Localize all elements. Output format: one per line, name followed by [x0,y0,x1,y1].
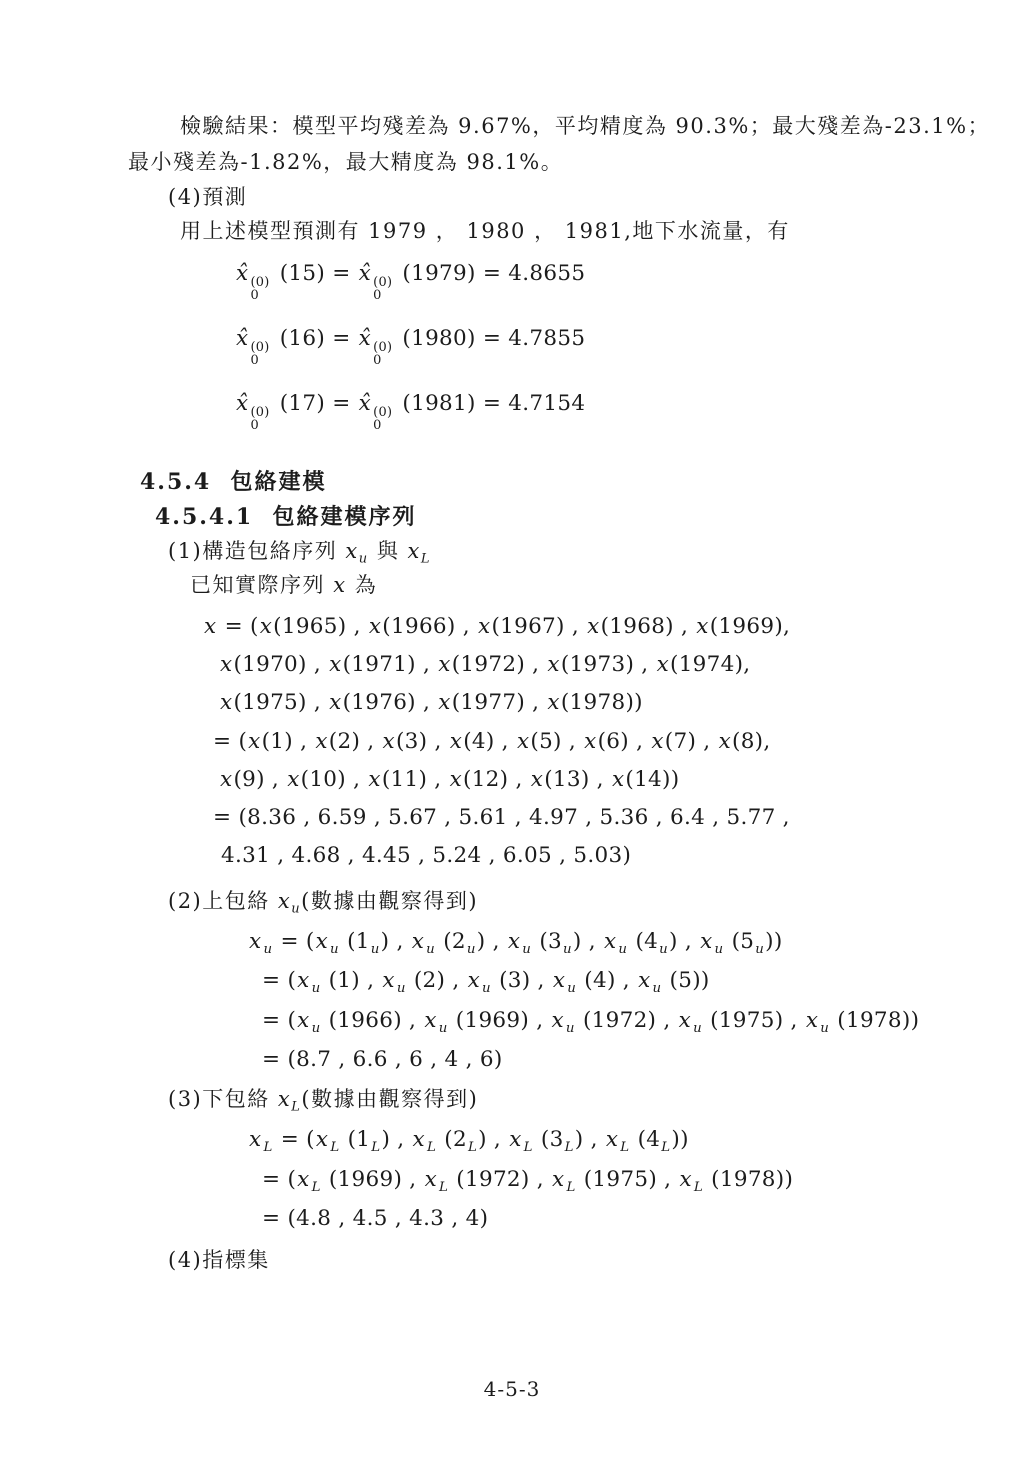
upper-envelope-equation-line: = (xu (1) , xu (2) , xu (3) , xu (4) , x… [262,968,710,995]
upper-envelope-equation-line: = (xu (1966) , xu (1969) , xu (1972) , x… [262,1008,919,1035]
series-equation-line: = (8.36 , 6.59 , 5.67 , 5.61 , 4.97 , 5.… [213,805,790,832]
result-summary-line-1: 檢驗結果：模型平均殘差為 9.67%，平均精度為 90.3%；最大殘差為-23.… [180,113,990,139]
series-equation-line: x(1975) , x(1976) , x(1977) , x(1978)) [219,690,643,717]
item4-heading: (4)指標集 [168,1247,270,1273]
lower-envelope-equation-line: xL = (xL (1L) , xL (2L) , xL (3L) , xL (… [248,1127,689,1154]
subsection-heading: 4.5.4.1 包絡建模序列 [155,504,417,532]
upper-envelope-equation-line: = (8.7 , 6.6 , 6 , 4 , 6) [262,1047,503,1074]
series-equation-line: x(9) , x(10) , x(11) , x(12) , x(13) , x… [219,767,679,794]
section-heading: 4.5.4 包絡建模 [140,469,327,497]
forecast-equation-1: x̂(0)0 (15) = x̂(0)0 (1979) = 4.8655 [235,261,585,303]
series-equation-line: x = (x(1965) , x(1966) , x(1967) , x(196… [203,614,790,641]
forecast-equation-2: x̂(0)0 (16) = x̂(0)0 (1980) = 4.7855 [235,326,585,368]
forecast-intro: 用上述模型預測有 1979 ， 1980 ， 1981,地下水流量，有 [180,218,790,244]
series-equation-line: 4.31 , 4.68 , 4.45 , 5.24 , 6.05 , 5.03) [221,843,631,870]
item2-heading: (2)上包絡 xu(數據由觀察得到) [168,888,478,914]
lower-envelope-equation-line: = (4.8 , 4.5 , 4.3 , 4) [262,1206,488,1233]
result-summary-line-2: 最小殘差為-1.82%，最大精度為 98.1%。 [128,149,563,175]
forecast-equation-3: x̂(0)0 (17) = x̂(0)0 (1981) = 4.7154 [235,391,585,433]
lower-envelope-equation-line: = (xL (1969) , xL (1972) , xL (1975) , x… [262,1167,793,1194]
series-equation-line: x(1970) , x(1971) , x(1972) , x(1973) , … [219,652,750,679]
item1-heading: (1)構造包絡序列 xu 與 xL [168,538,431,564]
forecast-heading: (4)預測 [168,184,247,210]
upper-envelope-equation-line: xu = (xu (1u) , xu (2u) , xu (3u) , xu (… [248,929,783,956]
page-number: 4-5-3 [0,1377,1024,1402]
item3-heading: (3)下包絡 xL(數據由觀察得到) [168,1086,478,1112]
document-page: 檢驗結果：模型平均殘差為 9.67%，平均精度為 90.3%；最大殘差為-23.… [0,0,1024,1473]
item1-known-line: 已知實際序列 x 為 [190,572,377,598]
series-equation-line: = (x(1) , x(2) , x(3) , x(4) , x(5) , x(… [213,729,771,756]
